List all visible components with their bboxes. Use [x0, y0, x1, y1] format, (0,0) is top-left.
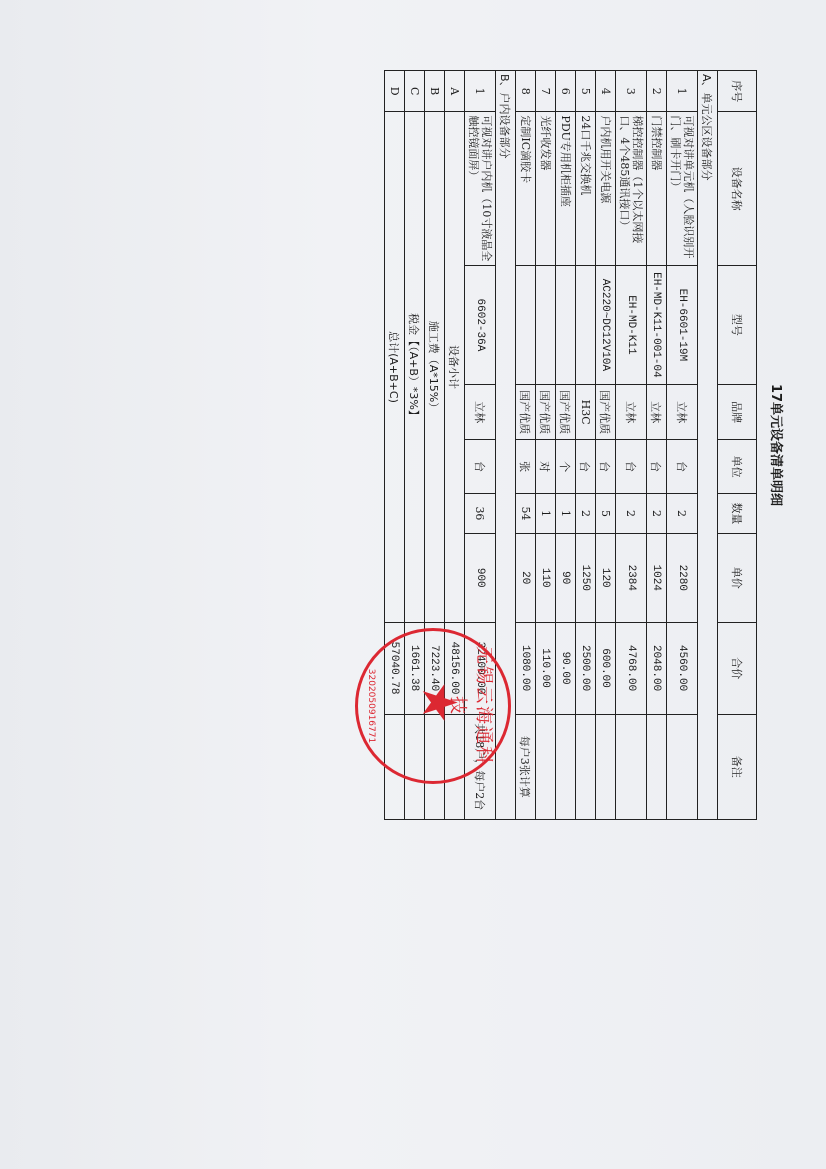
cell-unit-price: 1024: [647, 533, 667, 622]
document-title: 17单元设备清单明细: [755, 70, 795, 820]
header-note: 备注: [718, 714, 757, 819]
header-brand: 品牌: [718, 384, 757, 439]
cell-note: [576, 714, 596, 819]
header-unit-price: 单价: [718, 533, 757, 622]
cell-brand: 国产优质: [516, 384, 536, 439]
table-row: 5 24口千兆交换机 H3C 台 2 1250 2500.00: [576, 71, 596, 820]
cell-brand: 国产优质: [596, 384, 616, 439]
table-row: 1 可视对讲单元机（人脸识别开门、刷卡开门） EH-6601-19M 立林 台 …: [667, 71, 698, 820]
summary-no: D: [385, 71, 405, 112]
cell-note: [556, 714, 576, 819]
cell-name: 门禁控制器: [647, 112, 667, 266]
cell-name: 可视对讲户内机（10寸液晶全触控镜面屏）: [465, 112, 496, 266]
cell-no: 7: [536, 71, 556, 112]
cell-name: 梯控控制器（1个以太网接口、4个485通讯接口）: [616, 112, 647, 266]
summary-label: 设备小计: [445, 112, 465, 622]
cell-qty: 5: [596, 493, 616, 533]
cell-name: PDU专用机柜插座: [556, 112, 576, 266]
header-model: 型号: [718, 265, 757, 384]
cell-total: 1080.00: [516, 622, 536, 714]
cell-brand: 国产优质: [556, 384, 576, 439]
table-row: 3 梯控控制器（1个以太网接口、4个485通讯接口） EH-MD-K11 立林 …: [616, 71, 647, 820]
cell-no: 1: [667, 71, 698, 112]
cell-unit: 台: [576, 440, 596, 494]
summary-label: 施工费（A*15%）: [425, 112, 445, 622]
summary-label: 总计(A+B+C): [385, 112, 405, 622]
cell-model: AC220~DC12V10A: [596, 265, 616, 384]
cell-total: 90.00: [556, 622, 576, 714]
cell-qty: 54: [516, 493, 536, 533]
cell-unit-price: 90: [556, 533, 576, 622]
cell-model: 6602-36A: [465, 265, 496, 384]
cell-total: 2500.00: [576, 622, 596, 714]
table-row: 6 PDU专用机柜插座 国产优质 个 1 90 90.00: [556, 71, 576, 820]
cell-brand: 立林: [465, 384, 496, 439]
cell-qty: 1: [556, 493, 576, 533]
section-a-label: A、单元公区设备部分: [698, 71, 718, 820]
header-total: 合价: [718, 622, 757, 714]
header-no: 序号: [718, 71, 757, 112]
cell-note: [647, 714, 667, 819]
cell-model: [576, 265, 596, 384]
cell-unit-price: 900: [465, 533, 496, 622]
summary-no: A: [445, 71, 465, 112]
cell-unit: 台: [616, 440, 647, 494]
cell-qty: 2: [616, 493, 647, 533]
cell-brand: 立林: [667, 384, 698, 439]
table-row: 8 定制IC滴胶卡 国产优质 张 54 20 1080.00 每户3张计算: [516, 71, 536, 820]
cell-unit: 台: [667, 440, 698, 494]
cell-note: [667, 714, 698, 819]
cell-model: EH-6601-19M: [667, 265, 698, 384]
header-unit: 单位: [718, 440, 757, 494]
cell-qty: 2: [667, 493, 698, 533]
cell-total: 4768.00: [616, 622, 647, 714]
cell-unit-price: 20: [516, 533, 536, 622]
cell-brand: 立林: [647, 384, 667, 439]
summary-label: 税金【（A+B）*3%】: [405, 112, 425, 622]
cell-model: EH-MD-K11: [616, 265, 647, 384]
cell-no: 8: [516, 71, 536, 112]
cell-name: 定制IC滴胶卡: [516, 112, 536, 266]
cell-unit-price: 2384: [616, 533, 647, 622]
cell-qty: 2: [576, 493, 596, 533]
cell-name: 可视对讲单元机（人脸识别开门、刷卡开门）: [667, 112, 698, 266]
cell-no: 2: [647, 71, 667, 112]
summary-no: B: [425, 71, 445, 112]
header-qty: 数量: [718, 493, 757, 533]
cell-unit: 对: [536, 440, 556, 494]
cell-unit: 台: [465, 440, 496, 494]
table-row: 2 门禁控制器 EH-MD-K11-001-04 立林 台 2 1024 204…: [647, 71, 667, 820]
cell-no: 3: [616, 71, 647, 112]
cell-brand: 国产优质: [536, 384, 556, 439]
cell-unit: 张: [516, 440, 536, 494]
cell-model: [556, 265, 576, 384]
cell-no: 1: [465, 71, 496, 112]
cell-model: [536, 265, 556, 384]
summary-no: C: [405, 71, 425, 112]
star-icon: ★: [415, 681, 463, 724]
cell-name: 24口千兆交换机: [576, 112, 596, 266]
cell-model: [516, 265, 536, 384]
cell-brand: H3C: [576, 384, 596, 439]
cell-name: 户内机用开关电源: [596, 112, 616, 266]
stamp-code: 3202050916771: [366, 651, 376, 761]
cell-unit-price: 1250: [576, 533, 596, 622]
scanned-page: 17单元设备清单明细 序号 设备名称 型号 品牌 单位 数量 单价 合价 备注 …: [0, 0, 826, 1169]
cell-no: 5: [576, 71, 596, 112]
cell-unit: 台: [647, 440, 667, 494]
cell-model: EH-MD-K11-001-04: [647, 265, 667, 384]
section-a-row: A、单元公区设备部分: [698, 71, 718, 820]
table-row: 4 户内机用开关电源 AC220~DC12V10A 国产优质 台 5 120 6…: [596, 71, 616, 820]
cell-qty: 36: [465, 493, 496, 533]
cell-total: 2048.00: [647, 622, 667, 714]
cell-note: [536, 714, 556, 819]
cell-brand: 立林: [616, 384, 647, 439]
cell-total: 4560.00: [667, 622, 698, 714]
cell-total: 110.00: [536, 622, 556, 714]
cell-note: [616, 714, 647, 819]
header-name: 设备名称: [718, 112, 757, 266]
cell-note: [596, 714, 616, 819]
cell-unit-price: 2280: [667, 533, 698, 622]
cell-unit-price: 110: [536, 533, 556, 622]
company-seal-stamp: 无锡云海通科技 ★ 3202050916771: [355, 628, 511, 784]
cell-qty: 1: [536, 493, 556, 533]
cell-no: 4: [596, 71, 616, 112]
cell-unit: 个: [556, 440, 576, 494]
header-row: 序号 设备名称 型号 品牌 单位 数量 单价 合价 备注: [718, 71, 757, 820]
cell-note: 每户3张计算: [516, 714, 536, 819]
cell-total: 600.00: [596, 622, 616, 714]
table-row: 7 光纤收发器 国产优质 对 1 110 110.00: [536, 71, 556, 820]
cell-unit-price: 120: [596, 533, 616, 622]
cell-name: 光纤收发器: [536, 112, 556, 266]
cell-no: 6: [556, 71, 576, 112]
cell-unit: 台: [596, 440, 616, 494]
cell-qty: 2: [647, 493, 667, 533]
